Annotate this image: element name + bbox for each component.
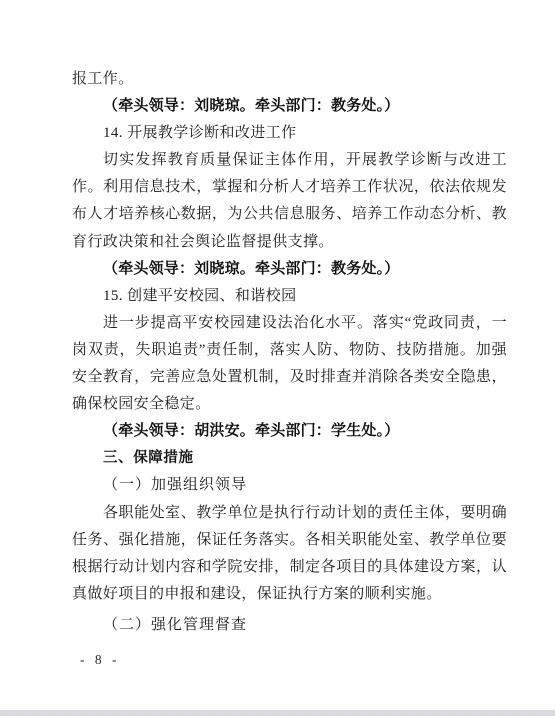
body-line: 各职能处室、教学单位是执行行动计划的责任主体，要明确 bbox=[72, 500, 507, 527]
body-line: 任务、强化措施，保证任务落实。各相关职能处室、教学单位要 bbox=[72, 527, 507, 554]
scan-edge-band bbox=[0, 710, 555, 716]
paragraph-continuation-line: 报工作。 bbox=[72, 66, 507, 93]
document-body: 报工作。 （牵头领导：刘晓琼。牵头部门：教务处。） 14. 开展教学诊断和改进工… bbox=[72, 66, 507, 639]
page-number: - 8 - bbox=[80, 652, 120, 668]
body-line: 岗双责，失职追责”责任制，落实人防、物防、技防措施。加强 bbox=[72, 337, 507, 364]
body-line: 进一步提高平安校园建设法治化水平。落实“党政同责，一 bbox=[72, 310, 507, 337]
subsection2-heading: （二）强化管理督查 bbox=[72, 612, 507, 639]
task13-lead-line: （牵头领导：刘晓琼。牵头部门：教务处。） bbox=[72, 93, 507, 120]
body-line: 育行政决策和社会舆论监督提供支撑。 bbox=[72, 229, 507, 256]
body-line: 真做好项目的申报和建设，保证执行方案的顺利实施。 bbox=[72, 581, 507, 608]
task15-lead-line: （牵头领导：胡洪安。牵头部门：学生处。） bbox=[72, 418, 507, 445]
scanned-document-page: 报工作。 （牵头领导：刘晓琼。牵头部门：教务处。） 14. 开展教学诊断和改进工… bbox=[0, 0, 555, 719]
subsection1-heading: （一）加强组织领导 bbox=[72, 472, 507, 499]
section3-heading: 三、保障措施 bbox=[72, 445, 507, 472]
body-line: 安全教育，完善应急处置机制，及时排查并消除各类安全隐患， bbox=[72, 364, 507, 391]
body-line: 切实发挥教育质量保证主体作用，开展教学诊断与改进工 bbox=[72, 147, 507, 174]
task15-title: 15. 创建平安校园、和谐校园 bbox=[72, 283, 507, 310]
body-line: 作。利用信息技术，掌握和分析人才培养工作状况，依法依规发 bbox=[72, 174, 507, 201]
body-line: 根据行动计划内容和学院安排，制定各项目的具体建设方案，认 bbox=[72, 554, 507, 581]
body-line: 确保校园安全稳定。 bbox=[72, 391, 507, 418]
task14-title: 14. 开展教学诊断和改进工作 bbox=[72, 120, 507, 147]
task14-lead-line: （牵头领导：刘晓琼。牵头部门：教务处。） bbox=[72, 256, 507, 283]
body-line: 布人才培养核心数据，为公共信息服务、培养工作动态分析、教 bbox=[72, 201, 507, 228]
